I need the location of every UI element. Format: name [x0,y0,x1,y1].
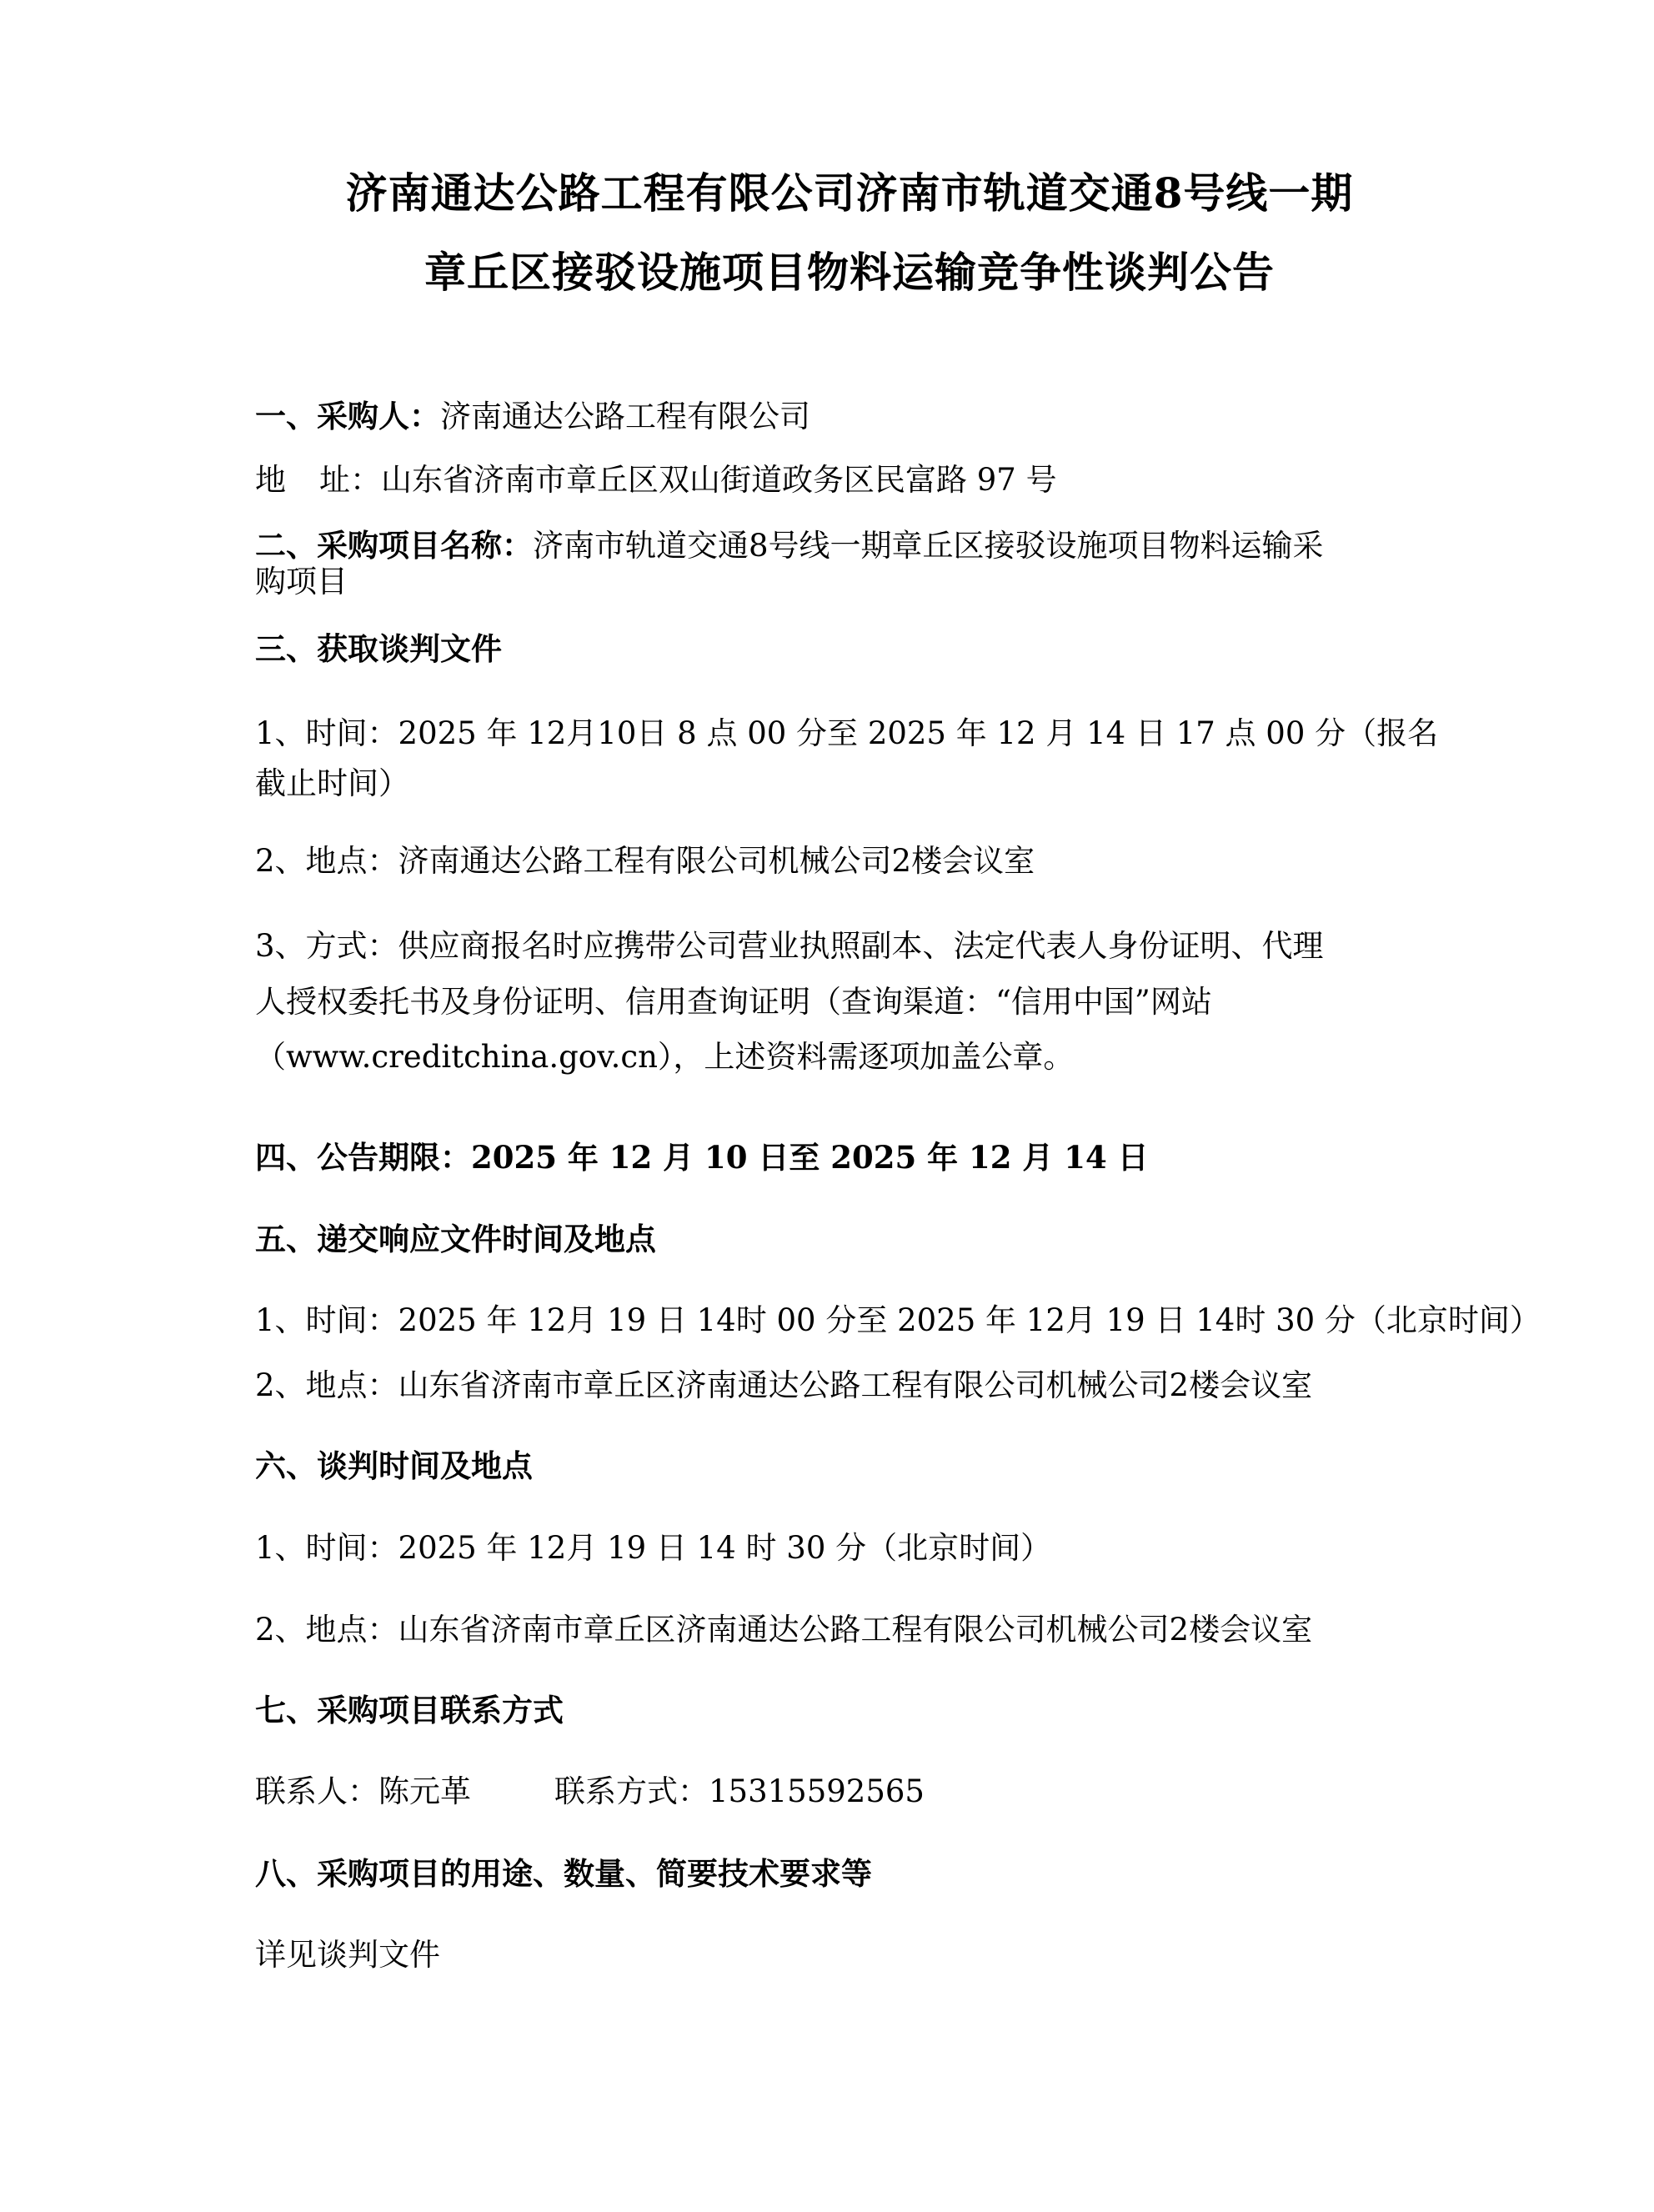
section-8-heading: 八、采购项目的用途、数量、简要技术要求等 [255,1855,872,1892]
phone-number: 15315592565 [709,1773,925,1809]
address-line: 地址：山东省济南市章丘区双山街道政务区民富路 97 号 [255,462,1057,499]
s8-detail: 详见谈判文件 [255,1937,440,1974]
project-name-heading: 二、采购项目名称： [255,527,533,564]
section-7-heading: 七、采购项目联系方式 [255,1692,564,1728]
s3-time-line-1: 1、时间：2025 年 12月10日 8 点 00 分至 2025 年 12 月… [255,715,1438,752]
s6-time: 1、时间：2025 年 12月 19 日 14 时 30 分（北京时间） [255,1530,1051,1567]
section-4-heading: 四、公告期限：2025 年 12 月 10 日至 2025 年 12 月 14 … [255,1139,1149,1176]
document-title-line-1: 济南通达公路工程有限公司济南市轨道交通8号线一期 [0,160,1654,220]
contact-name: 陈元革 [378,1773,471,1809]
address-label-a: 地 [255,462,286,498]
purchaser-value: 济南通达公路工程有限公司 [440,399,810,434]
address-label-b: 址： [319,462,381,498]
s3-location: 2、地点：济南通达公路工程有限公司机械公司2楼会议室 [255,843,1035,880]
s6-location: 2、地点：山东省济南市章丘区济南通达公路工程有限公司机械公司2楼会议室 [255,1612,1312,1648]
contact-line: 联系人：陈元革联系方式：15315592565 [255,1773,925,1810]
address-value: 山东省济南市章丘区双山街道政务区民富路 97 号 [381,462,1057,498]
section-3-heading: 三、获取谈判文件 [255,630,502,667]
section-6-heading: 六、谈判时间及地点 [255,1447,533,1484]
project-name-line-1: 二、采购项目名称：济南市轨道交通8号线一期章丘区接驳设施项目物料运输采 [255,527,1324,564]
project-name-value-1: 济南市轨道交通8号线一期章丘区接驳设施项目物料运输采 [533,528,1324,564]
s5-time: 1、时间：2025 年 12月 19 日 14时 00 分至 2025 年 12… [255,1302,1541,1339]
project-name-line-2: 购项目 [255,564,348,600]
s3-method-line-2: 人授权委托书及身份证明、信用查询证明（查询渠道：“信用中国”网站 [255,984,1212,1021]
s3-time-line-2: 截止时间） [255,765,409,802]
document-title-line-2: 章丘区接驳设施项目物料运输竞争性谈判公告 [0,239,1654,299]
purchaser-heading: 一、采购人： [255,398,440,434]
s3-method-line-3: （www.creditchina.gov.cn），上述资料需逐项加盖公章。 [255,1039,1074,1076]
purchaser-line: 一、采购人：济南通达公路工程有限公司 [255,398,810,435]
phone-label: 联系方式： [554,1773,709,1809]
contact-label: 联系人： [255,1773,378,1809]
section-5-heading: 五、递交响应文件时间及地点 [255,1221,656,1257]
s3-method-line-1: 3、方式：供应商报名时应携带公司营业执照副本、法定代表人身份证明、代理 [255,928,1324,965]
s5-location: 2、地点：山东省济南市章丘区济南通达公路工程有限公司机械公司2楼会议室 [255,1367,1312,1404]
